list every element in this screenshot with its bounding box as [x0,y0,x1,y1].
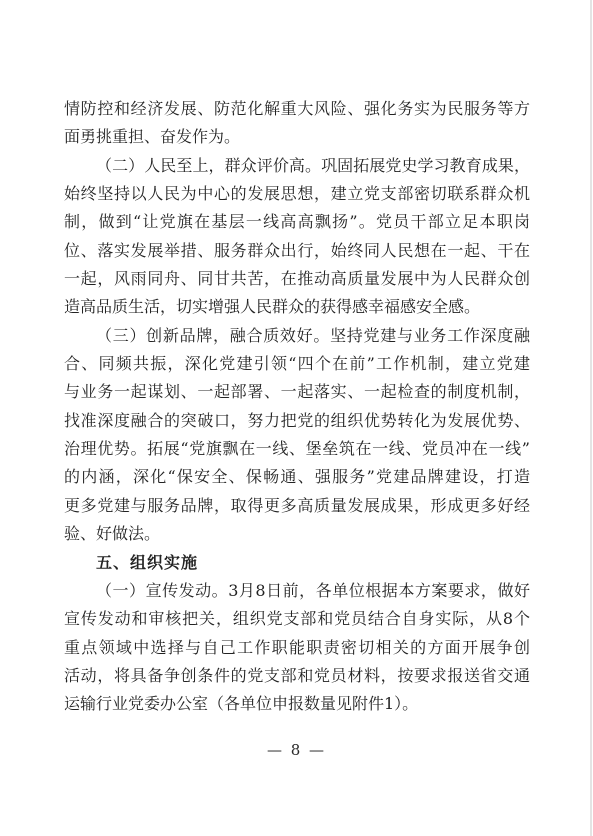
paragraph: （三）创新品牌，融合质效好。坚持党建与业务工作深度融 合、同频共振，深化党建引领… [64,322,530,549]
text-line: 治理优势。拓展“党旗飘在一线、堡垒筑在一线、党员冲在一线” [64,435,530,463]
text-line: （二）人民至上，群众评价高。巩固拓展党史学习教育成果， [64,152,530,180]
page-edge-line [590,0,592,836]
text-line: 与业务一起谋划、一起部署、一起落实、一起检查的制度机制， [64,378,530,406]
paragraph: （二）人民至上，群众评价高。巩固拓展党史学习教育成果， 始终坚持以人民为中心的发… [64,152,530,322]
text-line: 位、落实发展举措、服务群众出行，始终同人民想在一起、干在 [64,237,530,265]
text-line: 重点领域中选择与自己工作职能职责密切相关的方面开展争创 [64,634,530,662]
text-line: 面勇挑重担、奋发作为。 [64,123,530,151]
text-line: 活动，将具备争创条件的党支部和党员材料，按要求报送省交通 [64,662,530,690]
text-line: 更多党建与服务品牌，取得更多高质量发展成果，形成更多好经 [64,492,530,520]
document-body: 情防控和经济发展、防范化解重大风险、强化务实为民服务等方 面勇挑重担、奋发作为。… [64,95,530,719]
section-heading: 五、组织实施 [64,549,530,577]
document-page: 情防控和经济发展、防范化解重大风险、强化务实为民服务等方 面勇挑重担、奋发作为。… [0,0,593,836]
text-line: 的内涵，深化“保安全、保畅通、强服务”党建品牌建设，打造 [64,463,530,491]
text-line: （三）创新品牌，融合质效好。坚持党建与业务工作深度融 [64,322,530,350]
text-line: 找准深度融合的突破口，努力把党的组织优势转化为发展优势、 [64,407,530,435]
paragraph: 情防控和经济发展、防范化解重大风险、强化务实为民服务等方 面勇挑重担、奋发作为。 [64,95,530,152]
text-line: 一起，风雨同舟、同甘共苦，在推动高质量发展中为人民群众创 [64,265,530,293]
text-line: 合、同频共振，深化党建引领“四个在前”工作机制，建立党建 [64,350,530,378]
text-line: 运输行业党委办公室（各单位申报数量见附件1）。 [64,690,530,718]
text-line: 验、好做法。 [64,520,530,548]
text-line: 制，做到“让党旗在基层一线高高飘扬”。党员干部立足本职岗 [64,208,530,236]
text-line: 造高品质生活，切实增强人民群众的获得感幸福感安全感。 [64,293,530,321]
section-heading-paragraph: 五、组织实施 [64,549,530,577]
text-line: 宣传发动和审核把关，组织党支部和党员结合自身实际，从8个 [64,605,530,633]
text-line: （一）宣传发动。3月8日前，各单位根据本方案要求，做好 [64,577,530,605]
paragraph: （一）宣传发动。3月8日前，各单位根据本方案要求，做好 宣传发动和审核把关，组织… [64,577,530,719]
text-line: 始终坚持以人民为中心的发展思想，建立党支部密切联系群众机 [64,180,530,208]
page-number: — 8 — [0,741,593,759]
text-line: 情防控和经济发展、防范化解重大风险、强化务实为民服务等方 [64,95,530,123]
